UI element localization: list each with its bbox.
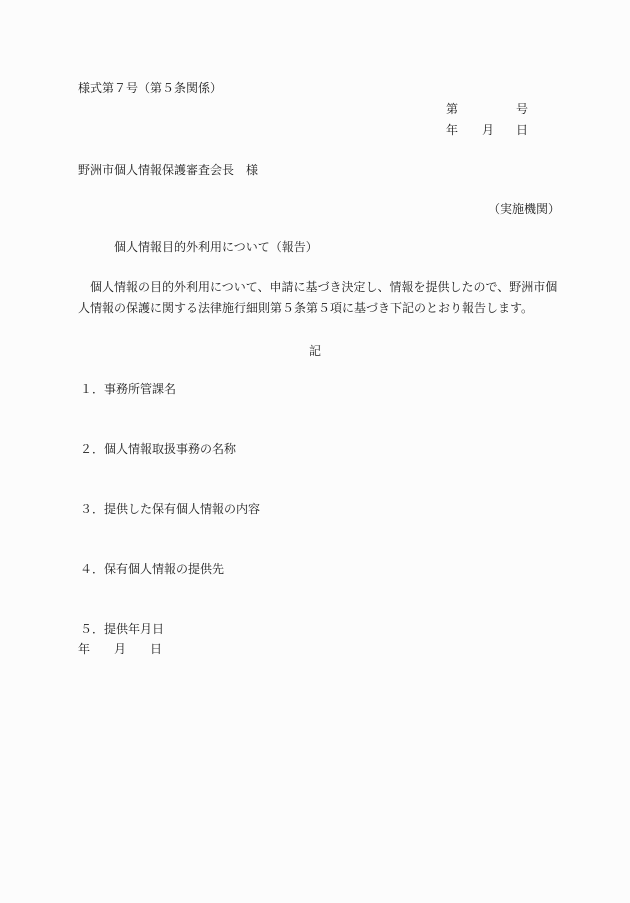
item-5: ５．提供年月日 — [80, 621, 164, 637]
issue-date-day: 日 — [516, 122, 528, 138]
document-number-prefix: 第 — [446, 101, 458, 117]
document-title: 個人情報目的外利用について（報告） — [114, 239, 318, 255]
ki-heading: 記 — [309, 343, 321, 359]
sender-agency: （実施機関） — [488, 201, 560, 217]
addressee: 野洲市個人情報保護審査会長 様 — [78, 162, 258, 178]
provision-date-year: 年 — [78, 641, 90, 657]
form-label: 様式第７号（第５条関係） — [78, 80, 222, 96]
body-line-1: 個人情報の目的外利用について、申請に基づき決定し、情報を提供したので、野洲市個 — [90, 279, 557, 295]
provision-date-month: 月 — [114, 641, 126, 657]
issue-date-year: 年 — [446, 122, 458, 138]
item-1: １．事務所管課名 — [80, 381, 176, 397]
issue-date-month: 月 — [482, 122, 494, 138]
document-number-suffix: 号 — [516, 101, 528, 117]
item-4: ４．保有個人情報の提供先 — [80, 561, 224, 577]
item-2: ２．個人情報取扱事務の名称 — [80, 441, 236, 457]
body-line-2: 人情報の保護に関する法律施行細則第５条第５項に基づき下記のとおり報告します。 — [78, 300, 533, 316]
item-3: ３．提供した保有個人情報の内容 — [80, 501, 260, 517]
provision-date-day: 日 — [150, 641, 162, 657]
